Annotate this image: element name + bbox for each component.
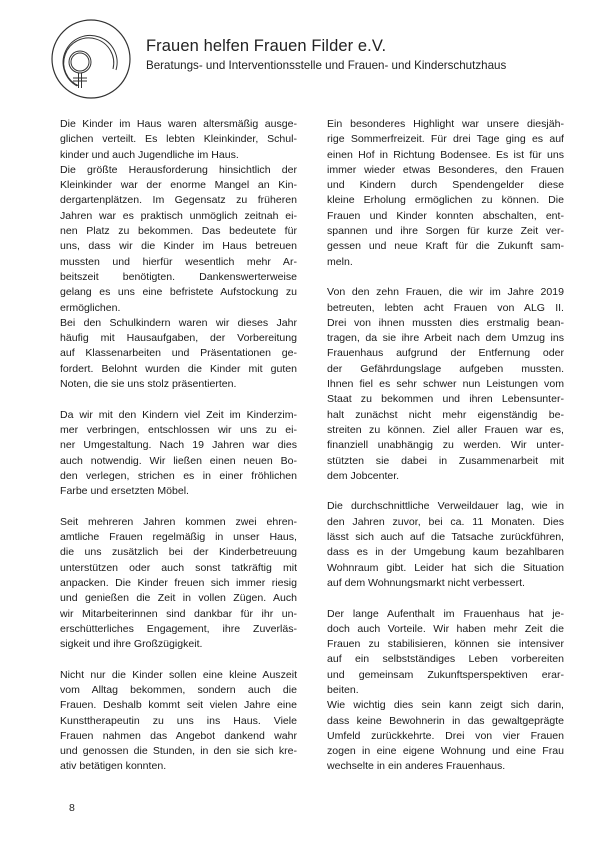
paragraph: Die größte Herausforderung hinsichtlich … (60, 163, 297, 316)
text-line: lässt sich auch auf die Tatsache zurückf… (327, 530, 564, 545)
text-line: dass keine Bewohnerin in das gewaltgeprä… (327, 714, 564, 729)
text-line: tragen, da sie ihre Arbeit nach dem Umzu… (327, 331, 564, 346)
text-line: Frauen und Kinder konnten abschalten, en… (327, 209, 564, 224)
text-line: Frauenhaus aufgrund der Entfernung oder (327, 346, 564, 361)
text-line: Nicht nur die Kinder sollen eine kleine … (60, 668, 297, 683)
text-line: den verlegen, strichen es in einer fröhl… (60, 469, 297, 484)
paragraph: Ein besonderes Highlight war unsere dies… (327, 117, 564, 270)
text-line: Der lange Aufenthalt im Frauenhaus hat j… (327, 607, 564, 622)
text-line: auch notwendig. Wir ließen einen neuen B… (60, 454, 297, 469)
text-line: dergartenplätzen. Im Gegensatz zu früher… (60, 193, 297, 208)
text-line: dem Jobcenter. (327, 469, 564, 484)
text-line: auf ein selbstständiges Leben vorbereite… (327, 652, 564, 667)
text-line: fordert. Belohnt wurden die Kinder mit g… (60, 362, 297, 377)
paragraph: Nicht nur die Kinder sollen eine kleine … (60, 668, 297, 775)
right-text-column: Ein besonderes Highlight war unsere dies… (327, 117, 564, 790)
text-line: Staat zu bekommen und ihren Lebensunter- (327, 392, 564, 407)
text-line: Umfeld zurückkehrte. Drei von vier Fraue… (327, 729, 564, 744)
text-line: Ein besonderes Highlight war unsere dies… (327, 117, 564, 132)
paragraph: Da wir mit den Kindern viel Zeit im Kind… (60, 408, 297, 500)
page-number: 8 (69, 802, 75, 814)
text-line: spannen und ihre Sorgen für kurze Zeit v… (327, 224, 564, 239)
organization-subtitle: Beratungs- und Interventionsstelle und F… (146, 59, 506, 72)
text-line: zogen in eine eigene Wohnung und eine Fr… (327, 744, 564, 759)
text-line: Frauen nahmen das Angebot dankend wahr (60, 729, 297, 744)
left-text-column: Die Kinder im Haus waren altersmäßig aus… (60, 117, 297, 790)
text-line: Seit mehreren Jahren kommen zwei ehren- (60, 515, 297, 530)
text-line: stützten sie dabei in Zusammenarbeit mit (327, 454, 564, 469)
page-header: Frauen helfen Frauen Filder e.V. Beratun… (0, 0, 598, 105)
text-line: Frauen. Deshalb kommt seit vielen Jahre … (60, 698, 297, 713)
text-line: Da wir mit den Kindern viel Zeit im Kind… (60, 408, 297, 423)
text-line: immer wieder etwas Besonderes, den Fraue… (327, 163, 564, 178)
text-line: Bei den Schulkindern waren wir dieses Ja… (60, 316, 297, 331)
organization-name: Frauen helfen Frauen Filder e.V. (146, 37, 386, 56)
text-line: gessen und neue Kraft für die Zukunft sa… (327, 239, 564, 254)
text-line: nen Platz zu bekommen. Das bedeutete für (60, 224, 297, 239)
text-line: rige Sommerfreizeit. Für drei Tage ging … (327, 132, 564, 147)
text-line: einen Hof in Richtung Bodensee. Es ist f… (327, 148, 564, 163)
text-line: Ihnen fiel es sehr schwer nun Leistungen… (327, 377, 564, 392)
text-line: beitszeit benötigten. Dankenswerterweise (60, 270, 297, 285)
paragraph: Seit mehreren Jahren kommen zwei ehren-a… (60, 515, 297, 653)
text-line: die uns zusätzlich bei der Kinderbetreuu… (60, 545, 297, 560)
paragraph: Die durchschnittliche Verweildauer lag, … (327, 499, 564, 591)
text-line: und Kindern durch Spendengelder diese (327, 178, 564, 193)
venus-symbol-logo-icon (50, 18, 132, 100)
paragraph: Bei den Schulkindern waren wir dieses Ja… (60, 316, 297, 392)
text-line: der Gefährdungslage aufgeben mussten. (327, 362, 564, 377)
text-line: und genießen die Zeit in vollen Zügen. A… (60, 591, 297, 606)
text-line: ermöglichen. (60, 301, 297, 316)
text-line: uns, dass wir die Kinder im Haus betreue… (60, 239, 297, 254)
text-line: erschütterliches Engagement, ihre Zuverl… (60, 622, 297, 637)
text-line: amtliche Frauen regelmäßig in unser Haus… (60, 530, 297, 545)
text-line: Noten, die sie uns stolz präsentierten. (60, 377, 297, 392)
text-line: Kleinkinder war der enorme Mangel an Kin… (60, 178, 297, 193)
text-line: Die Kinder im Haus waren altersmäßig aus… (60, 117, 297, 132)
text-line: finanziell unabhängig zu werden. Wir unt… (327, 438, 564, 453)
text-line: wechselte in ein anderes Frauenhaus. (327, 759, 564, 774)
text-line: kinder und auch Jugendliche im Haus. (60, 148, 297, 163)
text-line: gelang es uns eine befristete Aufstockun… (60, 285, 297, 300)
text-line: Farbe und ersetzten Möbel. (60, 484, 297, 499)
text-line: halt zunächst nicht mehr eigenständig be… (327, 408, 564, 423)
paragraph: Von den zehn Frauen, die wir im Jahre 20… (327, 285, 564, 484)
text-line: Wohnraum gibt. Leider hat sich die Situa… (327, 561, 564, 576)
text-line: anpacken. Die Kinder freuen sich immer r… (60, 576, 297, 591)
text-line: mer verbringen, entschlossen wir uns zu … (60, 423, 297, 438)
text-line: sigkeit und ihre Großzügigkeit. (60, 637, 297, 652)
text-line: Wie wichtig dies sein kann zeigt sich da… (327, 698, 564, 713)
text-line: vom Alltag bekommen, sondern auch die (60, 683, 297, 698)
paragraph: Der lange Aufenthalt im Frauenhaus hat j… (327, 607, 564, 699)
text-line: häufig mit Hausaufgaben, der Vorbereitun… (60, 331, 297, 346)
paragraph: Wie wichtig dies sein kann zeigt sich da… (327, 698, 564, 774)
text-line: glichen verteilt. Es lebten Kleinkinder,… (60, 132, 297, 147)
text-line: und genossen die Stunden, in den sie sic… (60, 744, 297, 759)
text-line: den Jahren zuvor, bei ca. 11 Monaten. Di… (327, 515, 564, 530)
text-line: kleine Erholung ermöglichen zu können. D… (327, 193, 564, 208)
text-line: ativ betätigen konnten. (60, 759, 297, 774)
text-line: wir Mitarbeiterinnen sind dankbar für ih… (60, 607, 297, 622)
text-line: Drei von ihnen mussten dies erstmalig be… (327, 316, 564, 331)
text-line: streiten zu können. Ziel aller Frauen wa… (327, 423, 564, 438)
text-line: auf Klassenarbeiten und Präsentationen g… (60, 346, 297, 361)
text-line: ner Umgestaltung. Nach 19 Jahren war die… (60, 438, 297, 453)
text-line: Die größte Herausforderung hinsichtlich … (60, 163, 297, 178)
text-line: dass es in der Umgebung kaum bezahlbaren (327, 545, 564, 560)
text-line: beiten. (327, 683, 564, 698)
text-line: Kunsttherapeutin zu uns ins Haus. Viele (60, 714, 297, 729)
text-line: Frauen zu stabilisieren, können sie inte… (327, 637, 564, 652)
text-line: doch auch Vorteile. Wir haben mehr Zeit … (327, 622, 564, 637)
text-line: meln. (327, 255, 564, 270)
text-line: Die durchschnittliche Verweildauer lag, … (327, 499, 564, 514)
paragraph: Die Kinder im Haus waren altersmäßig aus… (60, 117, 297, 163)
text-line: unterstützen oder auch sonst tatkräftig … (60, 561, 297, 576)
text-line: mussten und hierfür wesentlich mehr Ar- (60, 255, 297, 270)
text-line: betreuten, lebten acht Frauen von ALG II… (327, 301, 564, 316)
text-line: und gemeinsam Zukunftsperspektiven erar- (327, 668, 564, 683)
text-line: auf dem Wohnungsmarkt nicht verbessert. (327, 576, 564, 591)
text-line: Jahren war es praktisch unmöglich zeitna… (60, 209, 297, 224)
text-line: Von den zehn Frauen, die wir im Jahre 20… (327, 285, 564, 300)
